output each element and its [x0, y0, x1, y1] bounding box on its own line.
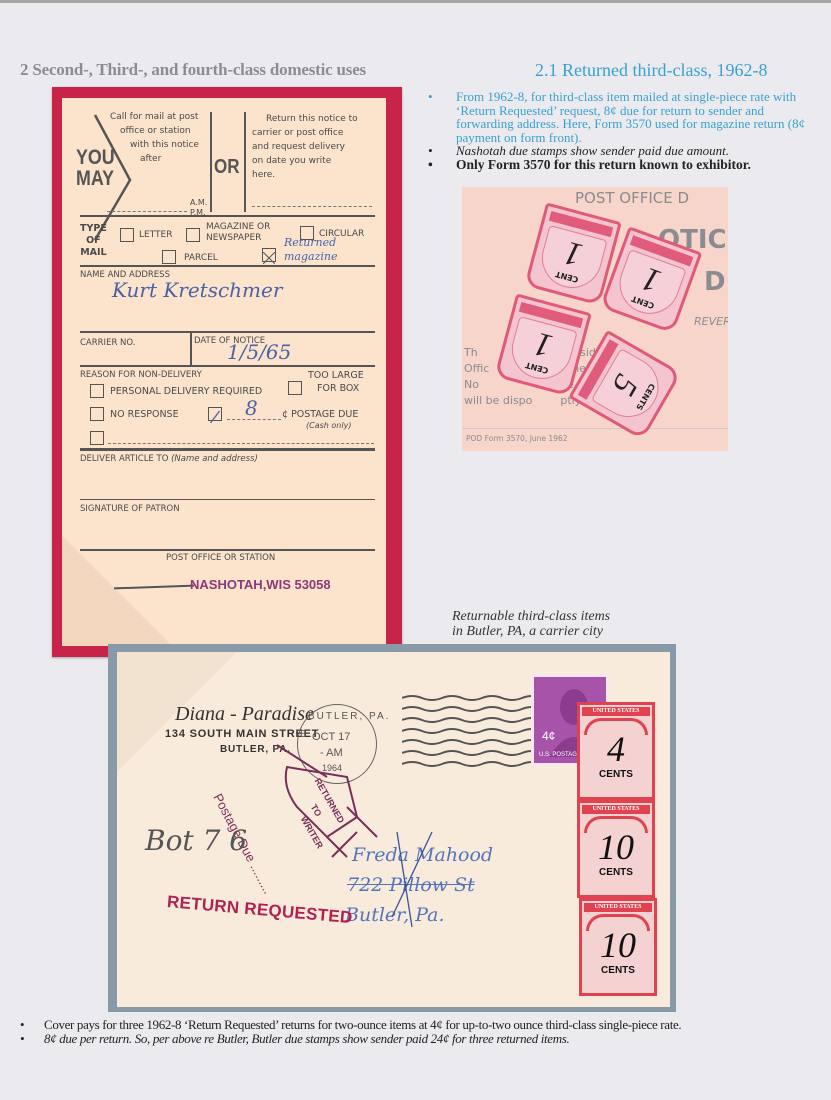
divider — [462, 428, 728, 429]
type-of-mail-label: TYPE OF MAIL — [80, 223, 107, 259]
section-title: 2.1 Returned third-class, 1962-8 — [535, 60, 767, 81]
right-option-line: on date you write — [252, 156, 331, 166]
parcel-label: PARCEL — [184, 253, 218, 263]
page-heading: 2 Second-, Third-, and fourth-class dome… — [20, 60, 366, 80]
right-option-line: and request delivery — [252, 142, 345, 152]
envelope-mount: Diana - Paradise 134 SOUTH MAIN STREET B… — [108, 644, 676, 1012]
left-option-line: with this notice — [130, 140, 199, 150]
note-item: • Nashotah due stamps show sender paid d… — [424, 144, 824, 158]
right-option-line: here. — [252, 170, 275, 180]
postage-due-label: ¢ POSTAGE DUE — [282, 409, 358, 420]
sender-name: Diana - Paradise — [175, 703, 314, 726]
cash-only-label: (Cash only) — [306, 421, 351, 430]
crossout-x-icon — [387, 832, 447, 932]
right-option-line: Return this notice to — [266, 114, 358, 124]
divider — [80, 448, 375, 451]
section-notes: • From 1962-8, for third-class item mail… — [424, 90, 824, 171]
note-text: From 1962-8, for third-class item mailed… — [456, 89, 805, 145]
note-item: • From 1962-8, for third-class item mail… — [424, 90, 824, 144]
personal-delivery-label: PERSONAL DELIVERY REQUIRED — [110, 386, 262, 397]
bullet-icon: • — [428, 158, 433, 172]
date-line — [252, 206, 372, 207]
left-option-line: office or station — [120, 126, 191, 136]
form-3570-card: YOU MAY Call for mail at post office or … — [62, 98, 386, 646]
footer-item: • Cover pays for three 1962-8 ‘Return Re… — [20, 1018, 820, 1032]
other-reason-checkbox[interactable] — [90, 431, 104, 445]
divider — [80, 499, 375, 500]
card-fold-corner — [62, 536, 172, 646]
you-may-label: YOU MAY — [76, 147, 115, 189]
newspaper-label: NEWSPAPER — [206, 233, 261, 243]
other-reason-line — [108, 443, 374, 444]
return-requested-stamp: RETURN REQUESTED — [166, 892, 353, 928]
handwritten-amount: 8 — [245, 396, 258, 420]
note-text: Only Form 3570 for this return known to … — [456, 157, 751, 172]
wavy-cancel-lines — [402, 692, 542, 772]
postage-due-stamp-4c: UNITED STATES 4 CENTS — [577, 702, 655, 800]
postage-due-checkbox-checked[interactable] — [208, 407, 222, 421]
divider — [244, 112, 246, 212]
footer-text: 8¢ due per return. So, per above re Butl… — [44, 1031, 569, 1046]
photo-form-footer: POD Form 3570, June 1962 — [466, 434, 568, 443]
handwritten-returned: Returned — [284, 236, 336, 249]
bullet-icon: • — [428, 90, 433, 104]
divider — [80, 365, 375, 367]
postage-due-stamp-10c: UNITED STATES 10 CENTS — [577, 800, 655, 898]
am-label: A.M. — [190, 198, 207, 207]
carrier-no-label: CARRIER NO. — [80, 338, 135, 348]
too-large-checkbox[interactable] — [288, 381, 302, 395]
pencil-notation: Bot 7 6 — [145, 824, 247, 857]
note-item: • Only Form 3570 for this return known t… — [424, 158, 824, 172]
divider — [190, 331, 192, 365]
divider — [80, 265, 375, 267]
bullet-icon: • — [20, 1032, 24, 1046]
right-option-line: carrier or post office — [252, 128, 343, 138]
post-office-label: POST OFFICE OR STATION — [166, 553, 275, 563]
letter-label: LETTER — [139, 230, 172, 240]
page-top-border — [0, 0, 831, 3]
check-x-icon — [263, 252, 275, 264]
postage-due-stamp-10c: UNITED STATES 10 CENTS — [579, 898, 657, 996]
photo-d-text: D — [704, 267, 726, 297]
for-box-label: FOR BOX — [317, 383, 359, 394]
divider — [210, 112, 212, 212]
bullet-icon: • — [428, 144, 433, 158]
too-large-label: TOO LARGE — [308, 370, 364, 381]
divider — [80, 215, 375, 217]
time-line — [107, 211, 187, 212]
check-slash-icon — [209, 411, 221, 423]
handwritten-name: Kurt Kretschmer — [112, 278, 282, 302]
parcel-checkbox[interactable] — [162, 250, 176, 264]
divider — [80, 331, 375, 333]
deliver-to-label: DELIVER ARTICLE TO (Name and address) — [80, 454, 258, 464]
footer-item: • 8¢ due per return. So, per above re Bu… — [20, 1032, 820, 1046]
divider — [80, 549, 375, 551]
no-response-label: NO RESPONSE — [110, 409, 179, 420]
post-office-stamp: NASHOTAH,WIS 53058 — [190, 577, 331, 592]
magazine-label: MAGAZINE OR — [206, 222, 270, 232]
personal-delivery-checkbox[interactable] — [90, 384, 104, 398]
signature-label: SIGNATURE OF PATRON — [80, 504, 180, 514]
handwritten-date: 1/5/65 — [227, 340, 291, 364]
or-label: OR — [214, 156, 240, 179]
left-option-line: Call for mail at post — [110, 112, 198, 122]
bullet-icon: • — [20, 1018, 24, 1032]
butler-envelope: Diana - Paradise 134 SOUTH MAIN STREET B… — [117, 652, 670, 1007]
photo-header-text: POST OFFICE D — [575, 189, 689, 207]
magazine-checkbox[interactable] — [186, 228, 200, 242]
no-response-checkbox[interactable] — [90, 407, 104, 421]
reason-label: REASON FOR NON-DELIVERY — [80, 370, 202, 380]
footer-notes: • Cover pays for three 1962-8 ‘Return Re… — [20, 1018, 820, 1046]
form-detail-photo: POST OFFICE D OTICE D REVER Th on other … — [462, 187, 728, 451]
left-option-line: after — [140, 154, 161, 164]
photo-reverse-text: REVER — [694, 315, 728, 328]
envelope-caption: Returnable third-class items in Butler, … — [452, 609, 610, 639]
footer-text: Cover pays for three 1962-8 ‘Return Requ… — [44, 1017, 681, 1032]
form-3570-mount: YOU MAY Call for mail at post office or … — [52, 87, 402, 657]
handwritten-magazine: magazine — [284, 250, 338, 263]
letter-checkbox[interactable] — [120, 228, 134, 242]
other-checkbox-checked[interactable] — [262, 248, 276, 262]
